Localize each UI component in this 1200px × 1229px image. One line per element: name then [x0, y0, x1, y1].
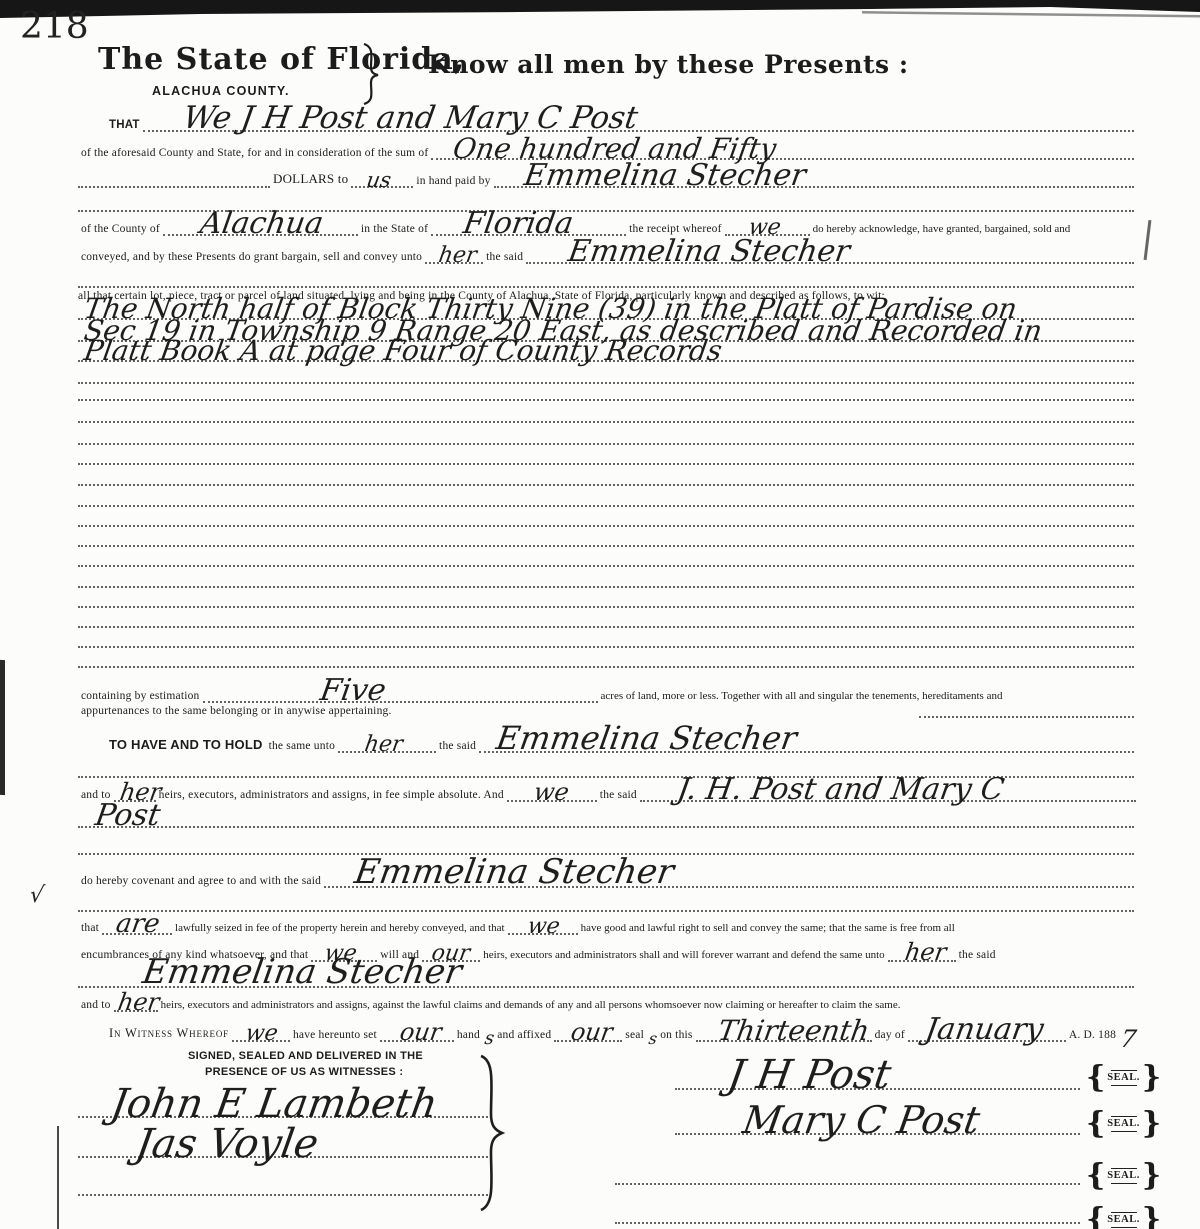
form-line-dollars: DOLLARS to us in hand paid by Emmelina S… — [78, 168, 1134, 188]
top-scan-artifact — [0, 0, 1200, 24]
ruled-line — [78, 268, 1134, 288]
we-field: we — [508, 921, 578, 935]
blank-field — [78, 174, 270, 188]
that-label: THAT — [106, 119, 143, 132]
seal-close-brace: } — [1142, 1161, 1161, 1191]
ruled-line — [78, 466, 1134, 486]
seal-open-brace: { — [1086, 1063, 1105, 1093]
ruled-line — [615, 1204, 1080, 1224]
ruled-line-fill — [78, 594, 1134, 608]
payer-field: Emmelina Stecher — [494, 174, 1134, 188]
witness-brace — [478, 1054, 506, 1212]
ruled-line-fill — [78, 634, 1134, 648]
ruled-line-fill — [78, 1182, 488, 1196]
handwritten-year: 7 — [1120, 1034, 1137, 1044]
seal-close-brace: } — [1142, 1205, 1161, 1229]
and-pronoun-field: we — [507, 788, 597, 802]
ruled-line-fill — [78, 513, 1134, 527]
handwritten-grantee-name: Emmelina Stecher — [566, 236, 852, 268]
form-line-convey: conveyed, and by these Presents do grant… — [78, 244, 1134, 264]
ruled-line — [78, 628, 1134, 648]
seized-label: lawfully seized in fee of the property h… — [172, 922, 508, 935]
handwritten-grantee-name: Emmelina Stecher — [352, 855, 676, 891]
grantor-signature-line-2: Mary C Post — [675, 1085, 1080, 1135]
in-witness-label: In Witness Whereof — [106, 1026, 232, 1042]
form-line-witness-whereof: In Witness Whereof we have hereunto set … — [106, 1022, 1154, 1042]
header-brace — [362, 43, 384, 105]
ruled-line — [615, 1165, 1080, 1185]
ruled-line — [78, 403, 1134, 423]
handwritten-grantor-names: We J H Post and Mary C Post — [181, 102, 640, 135]
ruled-line — [78, 568, 1134, 588]
seal-rule — [1111, 1131, 1137, 1132]
ruled-line-fill — [78, 451, 1134, 465]
ruled-line — [78, 425, 1134, 445]
description-field: Platt Book A at page Four of County Reco… — [78, 348, 1134, 362]
trailing-rule — [919, 704, 1134, 718]
ruled-line-fill — [615, 1210, 1080, 1224]
seal-rule — [1111, 1227, 1137, 1228]
witness-signature-line-2: Jas Voyle — [78, 1098, 488, 1158]
ruled-line-fill — [78, 574, 1134, 588]
heirs-simple-label: heirs, executors, administrators and ass… — [156, 789, 507, 802]
handwritten-we: we — [244, 1022, 280, 1045]
margin-checkmark: √ — [28, 884, 46, 907]
handwritten-her: her — [903, 940, 948, 965]
and-to-label: and to — [78, 999, 114, 1012]
seal-text: SEAL. — [1107, 1215, 1140, 1225]
our-field: our — [554, 1028, 622, 1042]
ruled-line-fill — [78, 493, 1134, 507]
ruled-line — [78, 892, 1134, 912]
ruled-line — [78, 547, 1134, 567]
we-field: we — [232, 1028, 290, 1042]
ruled-line — [78, 608, 1134, 628]
the-said-label: the said — [436, 740, 479, 753]
form-line-covenant: do hereby covenant and agree to and with… — [78, 868, 1134, 888]
hereunto-label: have hereunto set — [290, 1029, 380, 1042]
warrant-label: heirs, executors and administrators shal… — [480, 949, 887, 962]
lawful-right-label: have good and lawful right to sell and c… — [578, 922, 958, 935]
seal-text: SEAL. — [1107, 1073, 1140, 1083]
deed-document-page: √ 218 The State of Florida, ALACHUA COUN… — [0, 0, 1200, 1229]
handwritten-our: our — [569, 1020, 614, 1045]
the-said-label: the said — [597, 789, 640, 802]
document-title: The State of Florida, — [98, 42, 465, 77]
seal-open-brace: { — [1086, 1205, 1105, 1229]
claims-label: heirs, executors and administrators and … — [158, 999, 904, 1012]
are-field: are — [102, 921, 172, 935]
that-label: that — [78, 922, 102, 935]
seal-badge: { SEAL. } — [1086, 1161, 1161, 1191]
ruled-line-fill — [78, 387, 1134, 401]
seal-label: seal — [622, 1029, 647, 1042]
hold-pronoun-field: her — [338, 739, 436, 753]
handwritten-grantor-names: J. H. Post and Mary C — [675, 774, 1006, 806]
handwritten-description-3: Platt Book A at page Four of County Reco… — [82, 336, 724, 365]
grantor-signature-field: Mary C Post — [675, 1121, 1080, 1135]
the-said-label: the said — [956, 949, 999, 962]
her-field: her — [114, 998, 158, 1012]
ruled-line-fill — [78, 472, 1134, 486]
county-field: Alachua — [163, 222, 358, 236]
handwritten-us: us — [365, 169, 393, 191]
handwritten-her: her — [437, 244, 478, 267]
ruled-line-fill — [78, 274, 1134, 288]
in-hand-label: in hand paid by — [413, 175, 493, 188]
paid-to-field: us — [351, 174, 413, 188]
page-number: 218 — [20, 6, 89, 47]
grantee-field: Emmelina Stecher — [324, 874, 1134, 888]
dollars-to-label: DOLLARS to — [270, 171, 351, 188]
ruled-line-fill — [78, 614, 1134, 628]
handwritten-our: our — [398, 1020, 443, 1045]
bottom-left-scan-line — [57, 1126, 59, 1229]
appurtenances-label: appurtenances to the same belonging or i… — [78, 705, 395, 718]
handwritten-her: her — [116, 990, 161, 1015]
proclamation: Know all men by these Presents : — [428, 50, 909, 79]
seal-badge: { SEAL. } — [1086, 1205, 1161, 1229]
gap — [395, 706, 919, 718]
to-have-label: TO HAVE AND TO HOLD — [106, 737, 266, 753]
ruled-line — [78, 588, 1134, 608]
handwritten-grantee-name: Emmelina Stecher — [494, 722, 799, 756]
form-line-to-have: TO HAVE AND TO HOLD the same unto her th… — [106, 733, 1134, 753]
ruled-line — [78, 487, 1134, 507]
handwritten-we: we — [526, 915, 562, 938]
right-edge-scan-mark — [1144, 220, 1151, 260]
grantor-signature-line-1: J H Post — [675, 1040, 1080, 1090]
seal-close-brace: } — [1142, 1063, 1161, 1093]
handwritten-payer-name: Emmelina Stecher — [522, 160, 808, 192]
handwritten-state: Florida — [461, 208, 575, 240]
handwritten-we: we — [532, 780, 571, 805]
covenant-label: do hereby covenant and agree to and with… — [78, 875, 324, 888]
same-unto-label: the same unto — [266, 740, 338, 753]
grantee-field: Emmelina Stecher — [526, 250, 1134, 264]
seal-open-brace: { — [1086, 1161, 1105, 1191]
left-edge-scan-artifact — [0, 660, 5, 795]
seal-rule — [1111, 1168, 1137, 1169]
description-line-3: Platt Book A at page Four of County Reco… — [78, 342, 1134, 362]
seal-open-brace: { — [1086, 1109, 1105, 1139]
ruled-line-fill — [78, 409, 1134, 423]
form-line-county-state: of the County of Alachua in the State of… — [78, 216, 1138, 236]
form-line-claims: and to her heirs, executors and administ… — [78, 992, 1138, 1012]
ruled-line — [78, 648, 1134, 668]
ruled-line-fill — [78, 533, 1134, 547]
seal-rule — [1111, 1070, 1137, 1071]
the-said-label: the said — [483, 251, 526, 264]
ruled-line — [78, 507, 1134, 527]
handwritten-are: are — [114, 911, 162, 938]
ruled-line-fill — [78, 898, 1134, 912]
handwritten-grantor-names-continued: Post — [93, 800, 162, 832]
seal-text: SEAL. — [1107, 1171, 1140, 1181]
handwritten-s: s — [648, 1034, 658, 1044]
ruled-line-fill — [78, 553, 1134, 567]
our-field: our — [380, 1028, 454, 1042]
form-line-grantee-repeat: Emmelina Stecher — [78, 968, 1134, 988]
ruled-line-fill — [615, 1171, 1080, 1185]
seal-close-brace: } — [1142, 1109, 1161, 1139]
her-field: her — [888, 948, 956, 962]
affixed-label: and affixed — [494, 1029, 554, 1042]
handwritten-county: Alachua — [198, 208, 325, 240]
witness-signature: Jas Voyle — [133, 1123, 321, 1165]
seal-rule — [1111, 1116, 1137, 1117]
convey-unto-label: conveyed, and by these Presents do grant… — [78, 251, 425, 264]
in-state-label: in the State of — [358, 223, 431, 236]
grantee-field: Emmelina Stecher — [78, 974, 1134, 988]
ruled-line — [78, 1176, 488, 1196]
seal-rule — [1111, 1212, 1137, 1213]
ruled-line — [78, 445, 1134, 465]
form-line-that: THAT We J H Post and Mary C Post — [106, 112, 1134, 132]
hand-label: hand — [454, 1029, 483, 1042]
form-line-consideration: of the aforesaid County and State, for a… — [78, 140, 1134, 160]
grantor-signature: Mary C Post — [740, 1101, 982, 1141]
seal-rule — [1111, 1085, 1137, 1086]
ruled-line-fill — [78, 654, 1134, 668]
grantors-continued-field: Post — [78, 814, 1134, 828]
seal-badge: { SEAL. } — [1086, 1109, 1161, 1139]
grantors-field: J. H. Post and Mary C — [640, 788, 1136, 802]
form-line-seized: that are lawfully seized in fee of the p… — [78, 915, 1140, 935]
seal-text: SEAL. — [1107, 1119, 1140, 1129]
grantee-field: Emmelina Stecher — [479, 739, 1134, 753]
seal-rule — [1111, 1183, 1137, 1184]
of-county-label: of the County of — [78, 223, 163, 236]
witness-field: Jas Voyle — [78, 1144, 488, 1158]
form-line-fee-simple: and to her heirs, executors, administrat… — [78, 782, 1136, 802]
handwritten-her: her — [363, 733, 404, 756]
handwritten-s: s — [484, 1034, 495, 1044]
seal-badge: { SEAL. } — [1086, 1063, 1161, 1093]
grantors-field: We J H Post and Mary C Post — [143, 118, 1134, 132]
form-line-appurtenances: appurtenances to the same belonging or i… — [78, 698, 1134, 718]
handwritten-grantee-name: Emmelina Stecher — [140, 955, 464, 991]
ruled-line — [78, 527, 1134, 547]
unto-pronoun-field: her — [425, 250, 483, 264]
ruled-line-fill — [78, 431, 1134, 445]
form-line-fee-simple-cont: Post — [78, 808, 1134, 828]
ruled-line — [78, 381, 1134, 401]
county-name: ALACHUA COUNTY. — [152, 84, 290, 98]
aforesaid-label: of the aforesaid County and State, for a… — [78, 147, 431, 160]
